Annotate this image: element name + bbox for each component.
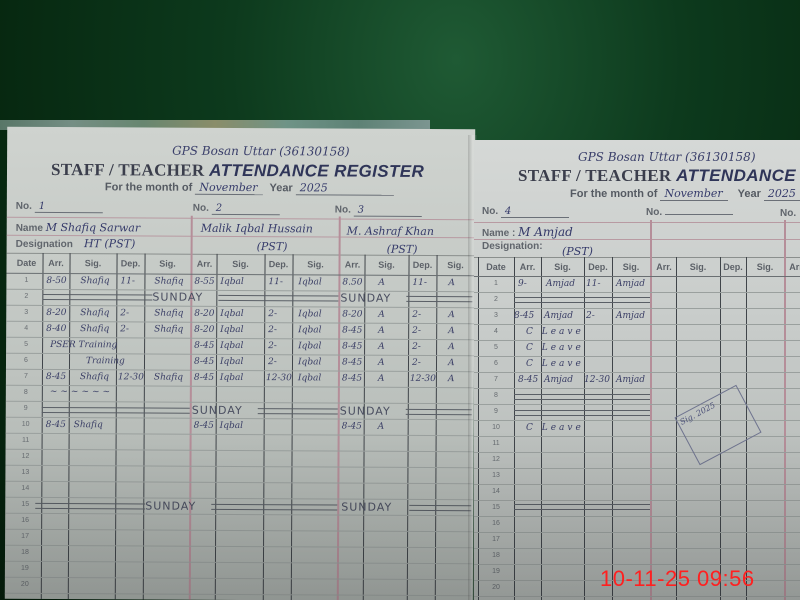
month-year-line: For the month of November Year 2025 [105, 180, 394, 196]
left-register-page: GPS Bosan Uttar (36130158) STAFF / TEACH… [5, 127, 475, 600]
school-name: GPS Bosan Uttar (36130158) [172, 144, 350, 159]
col-sig: Sig. [746, 262, 784, 272]
col-arr: Arr [786, 262, 800, 272]
col-date: Date [11, 258, 43, 268]
col-arr: Arr. [192, 259, 216, 269]
month-year-line: For the month of November Year 2025 [570, 187, 800, 201]
sunday-mark: SUNDAY [340, 292, 391, 305]
col-date: Date [478, 262, 514, 272]
col-arr: Arr. [43, 258, 70, 268]
register-title: STAFF / TEACHER ATTENDANCE R [518, 166, 800, 186]
col-sig: Sig. [541, 262, 584, 272]
staff-2-designation: (PST) [257, 240, 288, 253]
col-sig: Sig. [292, 259, 338, 269]
year-value: 2025 [296, 181, 394, 196]
sunday-mark: SUNDAY [152, 291, 203, 304]
col-sig: Sig. [612, 262, 650, 272]
col-sig: Sig. [676, 262, 720, 272]
col-dep: Dep. [584, 262, 612, 272]
staff-1-name: Name M Shafiq Sarwar [16, 221, 141, 235]
staff-3-no: No. 3 [335, 204, 422, 216]
col-dep: Dep. [720, 262, 746, 272]
col-sig: Sig. [69, 258, 116, 268]
sunday-mark: SUNDAY [145, 500, 196, 513]
staff-4-designation: Designation: [482, 241, 543, 252]
staff-1-designation: Designation HT (PST) [16, 237, 136, 251]
staff-4-no: No. 4 [482, 206, 569, 218]
sunday-mark: SUNDAY [340, 405, 391, 418]
staff-1-no: No. 1 [16, 201, 103, 213]
col-sig: Sig. [216, 259, 264, 269]
col-arr: Arr. [514, 262, 541, 272]
month-value: November [195, 181, 263, 195]
month-value: November [660, 187, 728, 201]
staff-2-name: Malik Iqbal Hussain [201, 222, 313, 236]
register-title: STAFF / TEACHER ATTENDANCE REGISTER [51, 160, 424, 182]
right-register-page: GPS Bosan Uttar (36130158) STAFF / TEACH… [474, 140, 800, 600]
staff-6-no: No. [780, 208, 796, 219]
col-arr: Arr. [652, 262, 676, 272]
col-dep: Dep. [408, 260, 436, 270]
col-arr: Arr. [340, 260, 364, 270]
sunday-mark: SUNDAY [341, 501, 392, 514]
school-name: GPS Bosan Uttar (36130158) [578, 150, 756, 164]
col-sig: Sig. [364, 260, 408, 270]
staff-5-no: No. [646, 207, 733, 218]
staff-4-name: Name : M Amjad [482, 225, 573, 239]
col-dep: Dep. [264, 259, 292, 269]
sunday-mark: SUNDAY [192, 404, 243, 417]
col-dep: Dep. [116, 258, 144, 268]
timestamp-overlay: 10-11-25 09:56 [600, 566, 755, 592]
staff-2-no: No. 2 [193, 203, 280, 215]
col-sig: Sig. [144, 258, 190, 268]
year-value: 2025 [764, 187, 800, 201]
